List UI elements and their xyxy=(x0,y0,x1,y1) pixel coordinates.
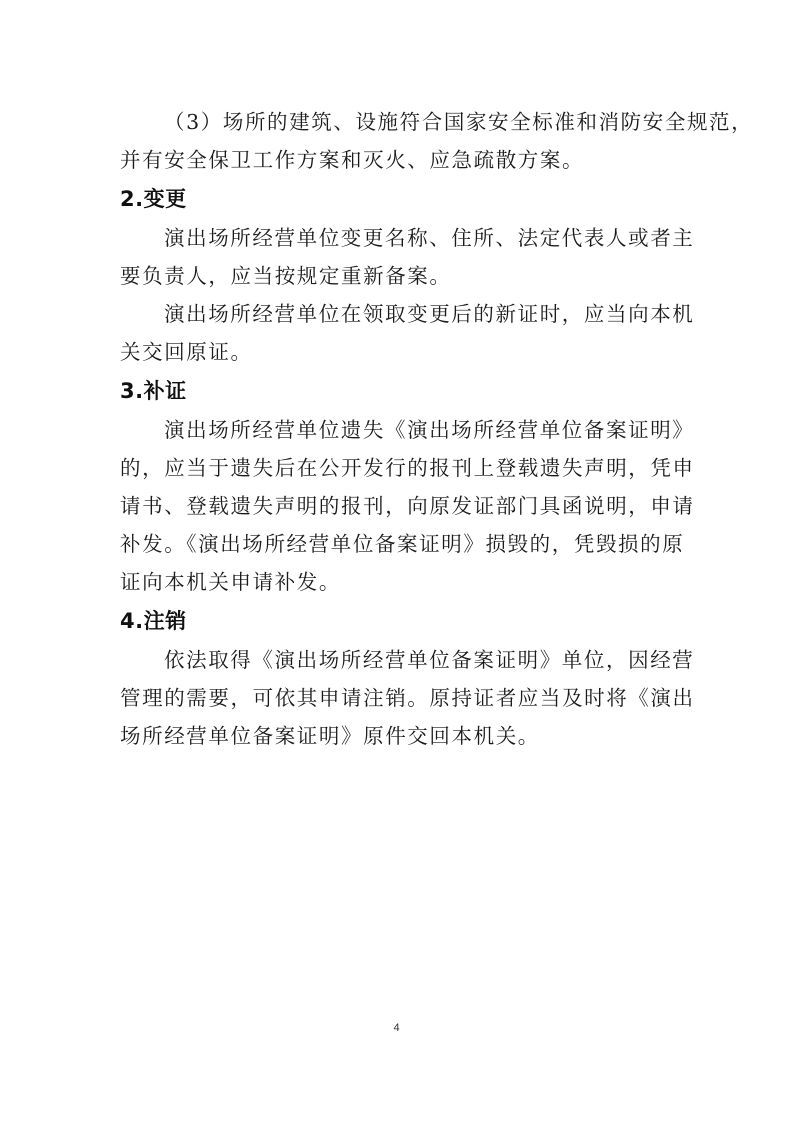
section-heading-change: 2.变更 xyxy=(120,179,672,219)
text-line: 演出场所经营单位变更名称、住所、法定代表人或者主 xyxy=(120,219,672,257)
text-line: 管理的需要，可依其申请注销。原持证者应当及时将《演出 xyxy=(120,679,672,717)
text-line: 证向本机关申请补发。 xyxy=(120,563,672,601)
text-line: 演出场所经营单位在领取变更后的新证时，应当向本机 xyxy=(120,295,672,333)
text-line: （3）场所的建筑、设施符合国家安全标准和消防安全规范， xyxy=(120,103,672,141)
text-line: 并有安全保卫工作方案和灭火、应急疏散方案。 xyxy=(120,141,672,179)
text-line: 关交回原证。 xyxy=(120,333,672,371)
section-heading-reissue: 3.补证 xyxy=(120,371,672,411)
text-line: 补发。《演出场所经营单位备案证明》损毁的，凭毁损的原 xyxy=(120,525,672,563)
page-number: 4 xyxy=(0,1022,793,1034)
text-line: 请书、登载遗失声明的报刊，向原发证部门具函说明，申请 xyxy=(120,487,672,525)
document-page: （3）场所的建筑、设施符合国家安全标准和消防安全规范， 并有安全保卫工作方案和灭… xyxy=(120,103,672,755)
text-line: 依法取得《演出场所经营单位备案证明》单位，因经营 xyxy=(120,641,672,679)
text-line: 场所经营单位备案证明》原件交回本机关。 xyxy=(120,717,672,755)
section-heading-cancellation: 4.注销 xyxy=(120,601,672,641)
text-line: 演出场所经营单位遗失《演出场所经营单位备案证明》 xyxy=(120,411,672,449)
text-line: 的，应当于遗失后在公开发行的报刊上登载遗失声明，凭申 xyxy=(120,449,672,487)
text-line: 要负责人，应当按规定重新备案。 xyxy=(120,257,672,295)
